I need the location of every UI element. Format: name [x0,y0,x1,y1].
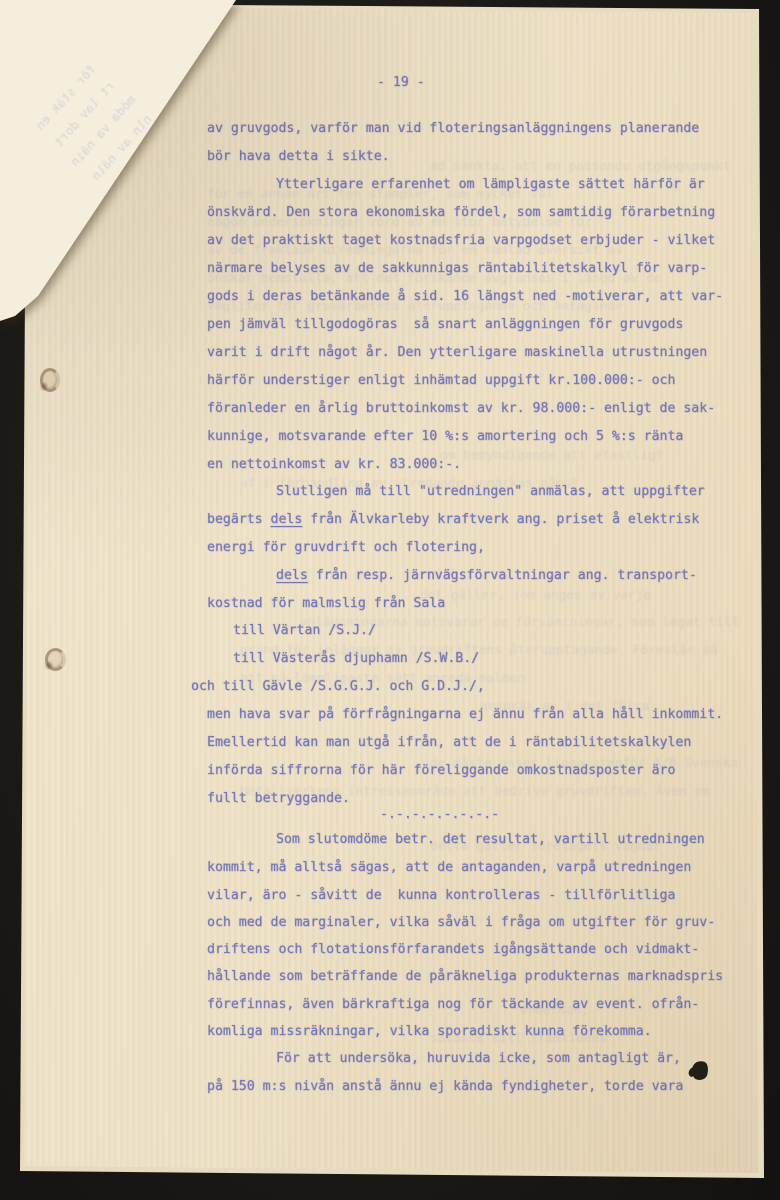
document-line: förefinnas, även bärkraftiga nog för täc… [207,996,699,1014]
document-line: kostnad för malmslig från Sala [207,595,445,613]
document-line: varit i drift något år. Den ytterligare … [207,344,707,362]
document-line: på 150 m:s nivån anstå ännu ej kända fyn… [207,1078,683,1096]
document-line: och med de marginaler, vilka såväl i frå… [207,914,715,932]
document-line: hållande som beträffande de påräkneliga … [207,968,723,986]
document-line: energi för gruvdrift och flotering, [207,539,485,557]
document-line: vilar, äro - såvitt de kunna kontrollera… [207,887,675,905]
document-line: kommit, må alltså sägas, att de antagand… [207,859,691,877]
document-line: en nettoinkomst av kr. 83.000:-. [207,456,461,474]
document-line: och till Gävle /S.G.G.J. och G.D.J./, [191,678,485,696]
document-line: kunnige, motsvarande efter 10 %:s amorte… [207,428,683,446]
document-line: komliga missräkningar, vilka sporadiskt … [207,1023,652,1041]
document-page: - 19 - ad sänkta, att en passande utgång… [0,0,780,1200]
bleedthrough-line: om bemyndigande att etastligt [440,447,663,465]
document-line: härför understiger enligt inhämtad uppgi… [207,372,675,390]
bleedthrough-line: det gäller, som anges av varje [420,587,651,605]
document-line: fullt betryggande. [207,790,350,808]
document-line: till Västerås djuphamn /S.W.B./ [233,650,479,668]
document-line: Emellertid kan man utgå ifrån, att de i … [207,734,691,752]
document-line: av det praktiskt taget kostnadsfria varp… [207,232,715,250]
punch-hole-mark [40,368,60,392]
document-line: pen jämväl tillgodogöras så snart anlägg… [207,316,683,334]
scan-background: - 19 - ad sänkta, att en passande utgång… [0,0,780,1200]
bleedthrough-line: ad sänkta, att en passande utgångspunkt [430,158,730,176]
document-line: föranleder en årlig bruttoinkomst av kr.… [207,400,715,418]
document-line: driftens och flotationsförfarandets igån… [207,941,699,959]
document-line: Ytterligare erfarenhet om lämpligaste sä… [276,176,705,194]
document-line: införda siffrorna för här föreliggande o… [207,762,675,780]
document-line: bör hava detta i sikte. [207,148,390,166]
document-line: För att undersöka, huruvida icke, som an… [276,1050,681,1068]
page-number: - 19 - [377,74,425,92]
document-line: dels från resp. järnvägsförvaltningar an… [276,567,697,585]
ink-blot [690,1060,710,1082]
document-line: men hava svar på förfrågningarna ej ännu… [207,706,723,724]
punch-hole-mark [45,648,66,671]
document-line: till Värtan /S.J./ [233,622,376,640]
document-line: -.-.-.-.-.-.-.- [380,806,499,824]
document-line: av gruvgods, varför man vid floteringsan… [207,120,699,138]
document-line: önskvärd. Den stora ekonomiska fördel, s… [207,204,715,222]
document-line: gods i deras betänkande å sid. 16 längst… [207,288,723,306]
document-line: Slutligen må till "utredningen" anmälas,… [276,483,705,501]
document-line: närmare belyses av de sakkunnigas räntab… [207,260,707,278]
document-line: begärts dels från Älvkarleby kraftverk a… [207,511,699,529]
document-line: Som slutomdöme betr. det resultat, varti… [276,831,705,849]
